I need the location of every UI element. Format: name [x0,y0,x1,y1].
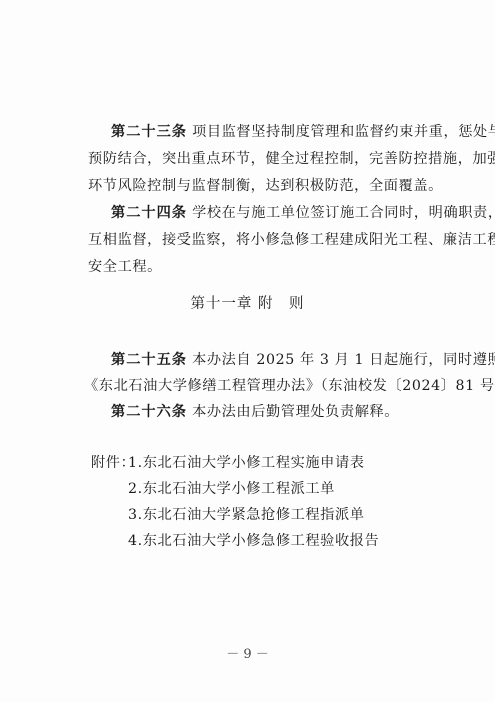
article-26-line-1: 第二十六条 本办法由后勤管理处负责解释。 [111,402,441,422]
article-number: 第二十六条 [111,404,187,420]
article-text: 项目监督坚持制度管理和监督约束并重，惩处与 [187,124,495,140]
attachment-item-2: 2.东北石油大学小修工程派工单 [128,479,458,499]
article-number: 第二十四条 [111,205,187,221]
chapter-title: 第十一章 附 则 [0,294,495,314]
article-25-line-2: 《东北石油大学修缮工程管理办法》（东油校发〔2024〕81 号）。 [84,376,414,396]
attachment-item-3: 3.东北石油大学紧急抢修工程指派单 [128,505,458,525]
article-text: 本办法由后勤管理处负责解释。 [187,404,399,420]
article-text: 学校在与施工单位签订施工合同时，明确职责， [187,205,495,221]
article-23-line-1: 第二十三条 项目监督坚持制度管理和监督约束并重，惩处与 [111,122,441,142]
article-24-line-1: 第二十四条 学校在与施工单位签订施工合同时，明确职责， [111,203,441,223]
page-number: － 9 － [0,643,495,662]
article-25-line-1: 第二十五条 本办法自 2025 年 3 月 1 日起施行，同时遵照执行 [111,350,441,370]
article-24-line-3: 安全工程。 [88,257,418,277]
article-text: 本办法自 2025 年 3 月 1 日起施行，同时遵照执行 [187,352,495,368]
article-number: 第二十三条 [111,124,187,140]
attachment-item-4: 4.东北石油大学小修急修工程验收报告 [128,531,458,551]
article-23-line-2: 预防结合，突出重点环节，健全过程控制，完善防控措施，加强各 [88,149,418,169]
attachment-item-1: 1.东北石油大学小修工程实施申请表 [128,453,458,473]
article-23-line-3: 环节风险控制与监督制衡，达到积极防范，全面覆盖。 [88,176,418,196]
article-24-line-2: 互相监督，接受监察，将小修急修工程建成阳光工程、廉洁工程、 [88,230,418,250]
article-number: 第二十五条 [111,352,187,368]
